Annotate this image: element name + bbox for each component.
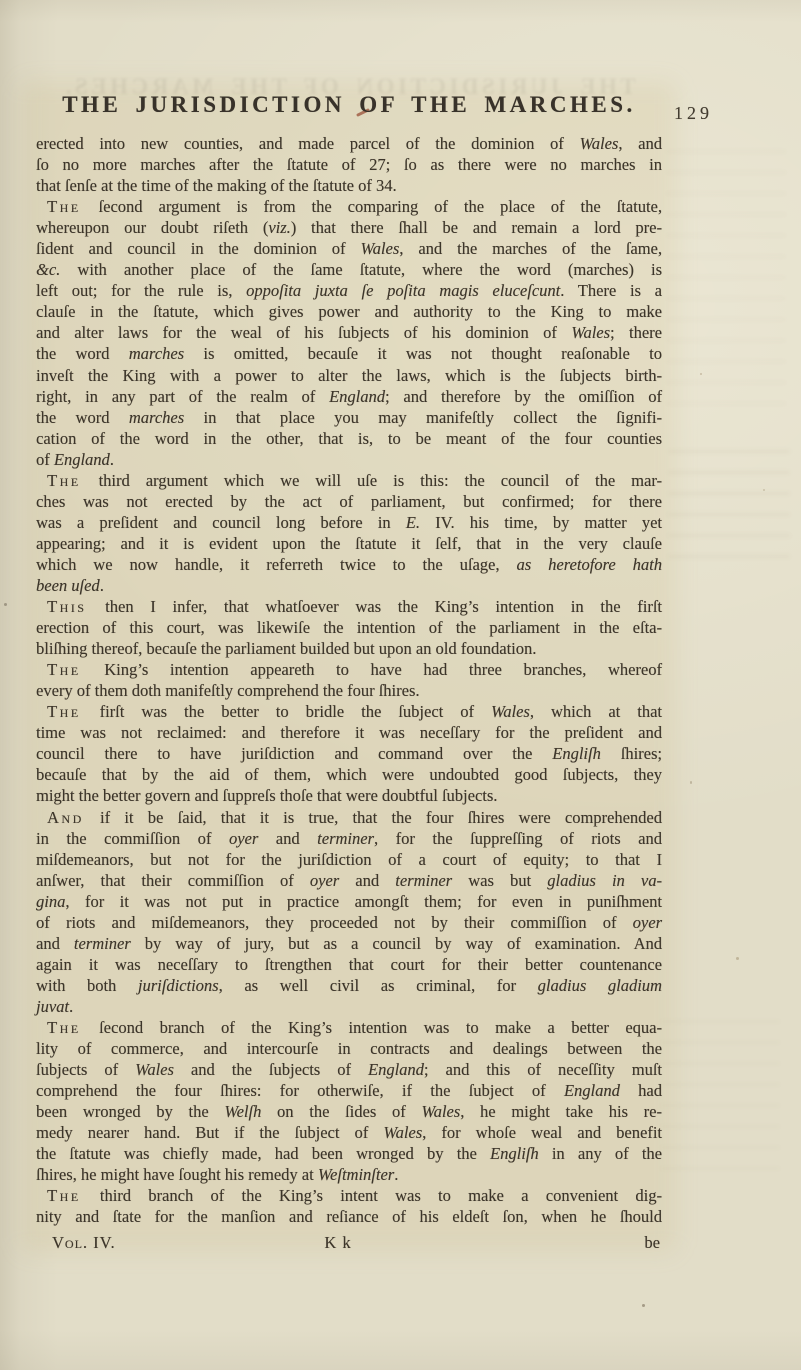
text-line: the word marches is omitted, becauſe it …	[36, 343, 662, 364]
text-segment: terminer	[74, 934, 131, 953]
text-line: lity of commerce, and intercourſe in con…	[36, 1038, 662, 1059]
text-segment: ſo no more marches after the ſtatute of …	[36, 155, 662, 174]
text-line: cation of the word in the other, that is…	[36, 428, 662, 449]
text-line: becauſe that by the aid of them, which w…	[36, 764, 662, 785]
text-line: of riots and miſdemeanors, they proceede…	[36, 912, 662, 933]
text-segment: lity of commerce, and intercourſe in con…	[36, 1039, 662, 1058]
text-segment: then I infer, that whatſoever was the Ki…	[88, 597, 662, 616]
text-segment: anſwer, that their commiſſion of	[36, 871, 310, 890]
paragraph-opener: This	[47, 597, 86, 616]
paragraph-opener: The	[47, 471, 81, 490]
text-line: council there to have juriſdiction and c…	[36, 743, 662, 764]
text-segment: of riots and miſdemeanors, they proceede…	[36, 913, 633, 932]
text-segment: , for the ſuppreſſing of riots and	[374, 829, 662, 848]
text-line: in the commiſſion of oyer and terminer, …	[36, 828, 662, 849]
text-line: &c. with another place of the ſame ſtatu…	[36, 259, 662, 280]
text-segment: Wales	[491, 702, 530, 721]
signature-mark: K k	[36, 1233, 640, 1253]
text-segment: England	[54, 450, 110, 469]
text-segment: marches	[129, 408, 184, 427]
text-line: The ſecond branch of the King’s intentio…	[36, 1017, 662, 1038]
text-segment: ſubjects of	[36, 1060, 135, 1079]
text-segment: E.	[406, 513, 420, 532]
showthrough-patch	[660, 1020, 780, 1180]
text-line: and terminer by way of jury, but as a co…	[36, 933, 662, 954]
text-segment: in any of the	[539, 1144, 662, 1163]
text-segment: on the ſides of	[261, 1102, 421, 1121]
text-segment: as heretofore hath	[517, 555, 663, 574]
text-segment: , he might take his re-	[460, 1102, 662, 1121]
text-line: time was not reclaimed: and therefore it…	[36, 722, 662, 743]
text-segment: might the better govern and ſuppreſs tho…	[36, 786, 497, 805]
text-line: might the better govern and ſuppreſs tho…	[36, 785, 662, 806]
text-segment: the word	[36, 344, 129, 363]
text-segment: ſecond argument is from the comparing of…	[83, 197, 662, 216]
text-segment: ; and this of neceſſity muſt	[424, 1060, 662, 1079]
text-segment: ſident and council in the dominion of	[36, 239, 360, 258]
paragraph-opener: And	[47, 808, 84, 827]
text-line: was a preſident and council long before …	[36, 512, 662, 533]
text-segment: Welſh	[224, 1102, 261, 1121]
text-segment: , and the marches of the ſame,	[399, 239, 662, 258]
text-segment: and	[36, 934, 74, 953]
text-line: right, in any part of the realm of Engla…	[36, 386, 662, 407]
text-segment: England	[329, 387, 385, 406]
paper-speck	[763, 489, 765, 491]
text-segment: ſhires;	[601, 744, 662, 763]
text-segment: viz.	[268, 218, 290, 237]
text-segment: gina	[36, 892, 65, 911]
text-segment: ) that there ſhall be and remain a lord …	[291, 218, 662, 237]
text-line: again it was neceſſary to ſtrengthen tha…	[36, 954, 662, 975]
paper-speck	[700, 373, 702, 375]
paragraph-opener: The	[47, 1186, 81, 1205]
text-segment: Wales	[421, 1102, 460, 1121]
text-segment: ; there	[610, 323, 662, 342]
text-segment: Wales	[383, 1123, 422, 1142]
text-segment: is omitted, becauſe it was not thought r…	[184, 344, 662, 363]
text-segment: with another place of the ſame ſtatute, …	[60, 260, 662, 279]
text-segment: bliſhing thereof, becauſe the parliament…	[36, 639, 536, 658]
text-segment: , and	[618, 134, 662, 153]
text-line: the word marches in that place you may m…	[36, 407, 662, 428]
book-page: THE JURISDICTION OF THE MARCHES. THE JUR…	[0, 0, 801, 1370]
text-line: erected into new counties, and made parc…	[36, 133, 662, 154]
text-segment: again it was neceſſary to ſtrengthen tha…	[36, 955, 662, 974]
text-segment: , which at that	[530, 702, 662, 721]
text-segment: Wales	[571, 323, 610, 342]
text-segment: had	[620, 1081, 662, 1100]
text-line: juvat.	[36, 996, 662, 1017]
text-segment: juriſdictions	[138, 976, 219, 995]
text-line: And if it be ſaid, that it is true, that…	[36, 807, 662, 828]
text-segment: that ſenſe at the time of the making of …	[36, 176, 397, 195]
text-segment: England	[368, 1060, 424, 1079]
text-line: been uſed.	[36, 575, 662, 596]
text-segment: inveſt the King with a power to alter th…	[36, 366, 662, 385]
text-segment: IV. his time, by matter yet	[420, 513, 662, 532]
text-segment: whereupon our doubt riſeth (	[36, 218, 268, 237]
text-line: ches was not erected by the act of parli…	[36, 491, 662, 512]
text-segment: in the commiſſion of	[36, 829, 229, 848]
text-segment: clauſe in the ſtatute, which gives power…	[36, 302, 662, 321]
page-number: 129	[674, 103, 713, 124]
text-line: The ſecond argument is from the comparin…	[36, 196, 662, 217]
text-segment: and	[339, 871, 395, 890]
text-segment: .	[394, 1165, 398, 1184]
text-line: the ſtatute was chiefly made, had been w…	[36, 1143, 662, 1164]
text-segment: was a preſident and council long before …	[36, 513, 406, 532]
text-segment: terminer	[395, 871, 452, 890]
text-segment: comprehend the four ſhires: for otherwiſ…	[36, 1081, 564, 1100]
text-segment: which we now handle, it referreth twice …	[36, 555, 517, 574]
text-segment: ches was not erected by the act of parli…	[36, 492, 662, 511]
paragraph-opener: The	[47, 197, 81, 216]
text-segment: Engliſh	[490, 1144, 539, 1163]
text-segment: oyer	[633, 913, 662, 932]
text-line: of England.	[36, 449, 662, 470]
text-segment: ; and therefore by the omiſſion of	[385, 387, 662, 406]
text-line: that ſenſe at the time of the making of …	[36, 175, 662, 196]
text-line: medy nearer hand. But if the ſubject of …	[36, 1122, 662, 1143]
text-line: The third argument which we will uſe is …	[36, 470, 662, 491]
text-segment: oyer	[229, 829, 258, 848]
text-line: ſident and council in the dominion of Wa…	[36, 238, 662, 259]
text-segment: was but	[452, 871, 547, 890]
text-segment: gladius in va-	[547, 871, 662, 890]
text-line: anſwer, that their commiſſion of oyer an…	[36, 870, 662, 891]
text-segment: of	[36, 450, 54, 469]
showthrough-patch	[666, 150, 786, 410]
text-segment: every of them doth manifeſtly comprehend…	[36, 681, 420, 700]
text-segment: Wales	[580, 134, 619, 153]
text-segment: third argument which we will uſe is this…	[83, 471, 662, 490]
text-segment: becauſe that by the aid of them, which w…	[36, 765, 662, 784]
body-text: erected into new counties, and made parc…	[36, 133, 662, 1227]
text-line: The firſt was the better to bridle the ſ…	[36, 701, 662, 722]
text-segment: the word	[36, 408, 129, 427]
catchword: be	[644, 1233, 660, 1253]
text-line: gina, for it was not put in practice amo…	[36, 891, 662, 912]
text-segment: cation of the word in the other, that is…	[36, 429, 662, 448]
text-segment: Engliſh	[552, 744, 601, 763]
text-segment: .	[100, 576, 104, 595]
text-line: bliſhing thereof, becauſe the parliament…	[36, 638, 662, 659]
text-segment: and the ſubjects of	[174, 1060, 368, 1079]
text-segment: miſdemeanors, but not for the juriſdicti…	[36, 850, 662, 869]
text-segment: by way of jury, but as a council by way …	[131, 934, 662, 953]
text-line: nity and ſtate for the manſion and reſia…	[36, 1206, 662, 1227]
text-segment: ſhires, he might have ſought his remedy …	[36, 1165, 318, 1184]
text-segment: oppoſita juxta ſe poſita magis eluceſcun…	[246, 281, 560, 300]
text-segment: the ſtatute was chiefly made, had been w…	[36, 1144, 490, 1163]
text-segment: gladius gladium	[538, 976, 662, 995]
text-segment: and alter laws for the weal of his ſubje…	[36, 323, 571, 342]
text-segment: and	[258, 829, 317, 848]
text-segment: Weſtminſter	[318, 1165, 394, 1184]
text-segment: with both	[36, 976, 138, 995]
text-segment: if it be ſaid, that it is true, that the…	[86, 808, 662, 827]
text-segment: erected into new counties, and made parc…	[36, 134, 580, 153]
text-segment: right, in any part of the realm of	[36, 387, 329, 406]
paper-speck	[642, 1304, 645, 1307]
text-line: left out; for the rule is, oppoſita juxt…	[36, 280, 662, 301]
paper-speck	[4, 603, 7, 606]
text-segment: &c.	[36, 260, 60, 279]
text-line: whereupon our doubt riſeth (viz.) that t…	[36, 217, 662, 238]
text-segment: King’s intention appeareth to have had t…	[83, 660, 662, 679]
text-segment: appearing; and it is evident upon the ſt…	[36, 534, 662, 553]
text-line: inveſt the King with a power to alter th…	[36, 365, 662, 386]
text-segment: been wronged by the	[36, 1102, 224, 1121]
text-line: The third branch of the King’s intent wa…	[36, 1185, 662, 1206]
text-line: The King’s intention appeareth to have h…	[36, 659, 662, 680]
text-segment: .	[69, 997, 73, 1016]
text-line: ſubjects of Wales and the ſubjects of En…	[36, 1059, 662, 1080]
text-segment: terminer	[317, 829, 374, 848]
text-line: This then I infer, that whatſoever was t…	[36, 596, 662, 617]
text-segment: firſt was the better to bridle the ſubje…	[83, 702, 491, 721]
text-segment: been uſed	[36, 576, 100, 595]
paragraph-opener: The	[47, 1018, 81, 1037]
text-segment: Wales	[360, 239, 399, 258]
paper-speck	[736, 957, 739, 960]
text-segment: left out; for the rule is,	[36, 281, 246, 300]
text-segment: . There is a	[560, 281, 662, 300]
text-line: ſo no more marches after the ſtatute of …	[36, 154, 662, 175]
text-line: and alter laws for the weal of his ſubje…	[36, 322, 662, 343]
showthrough-patch	[668, 450, 790, 560]
paragraph-opener: The	[47, 702, 81, 721]
text-line: which we now handle, it referreth twice …	[36, 554, 662, 575]
text-segment: , as well civil as criminal, for	[219, 976, 538, 995]
text-segment: erection of this court, was likewiſe the…	[36, 618, 662, 637]
text-segment: nity and ſtate for the manſion and reſia…	[36, 1207, 662, 1226]
text-line: appearing; and it is evident upon the ſt…	[36, 533, 662, 554]
text-segment: time was not reclaimed: and therefore it…	[36, 723, 662, 742]
text-segment: third branch of the King’s intent was to…	[83, 1186, 662, 1205]
text-segment: marches	[129, 344, 184, 363]
text-segment: .	[110, 450, 114, 469]
text-segment: juvat	[36, 997, 69, 1016]
paper-speck	[690, 781, 692, 784]
text-segment: Wales	[135, 1060, 174, 1079]
text-segment: ſecond branch of the King’s intention wa…	[83, 1018, 662, 1037]
text-line: erection of this court, was likewiſe the…	[36, 617, 662, 638]
text-line: every of them doth manifeſtly comprehend…	[36, 680, 662, 701]
page-footer: Vol. IV. K k be	[36, 1233, 662, 1255]
text-line: been wronged by the Welſh on the ſides o…	[36, 1101, 662, 1122]
text-line: comprehend the four ſhires: for otherwiſ…	[36, 1080, 662, 1101]
text-segment: , for whoſe weal and benefit	[422, 1123, 662, 1142]
text-line: miſdemeanors, but not for the juriſdicti…	[36, 849, 662, 870]
text-segment: in that place you may manifeſtly collect…	[184, 408, 662, 427]
text-line: with both juriſdictions, as well civil a…	[36, 975, 662, 996]
text-line: ſhires, he might have ſought his remedy …	[36, 1164, 662, 1185]
text-segment: England	[564, 1081, 620, 1100]
running-head-title: THE JURISDICTION OF THE MARCHES.	[36, 92, 662, 118]
text-segment: , for it was not put in practice amongſt…	[65, 892, 662, 911]
text-segment: council there to have juriſdiction and c…	[36, 744, 552, 763]
paragraph-opener: The	[47, 660, 81, 679]
text-line: clauſe in the ſtatute, which gives power…	[36, 301, 662, 322]
text-segment: medy nearer hand. But if the ſubject of	[36, 1123, 383, 1142]
text-segment: oyer	[310, 871, 339, 890]
